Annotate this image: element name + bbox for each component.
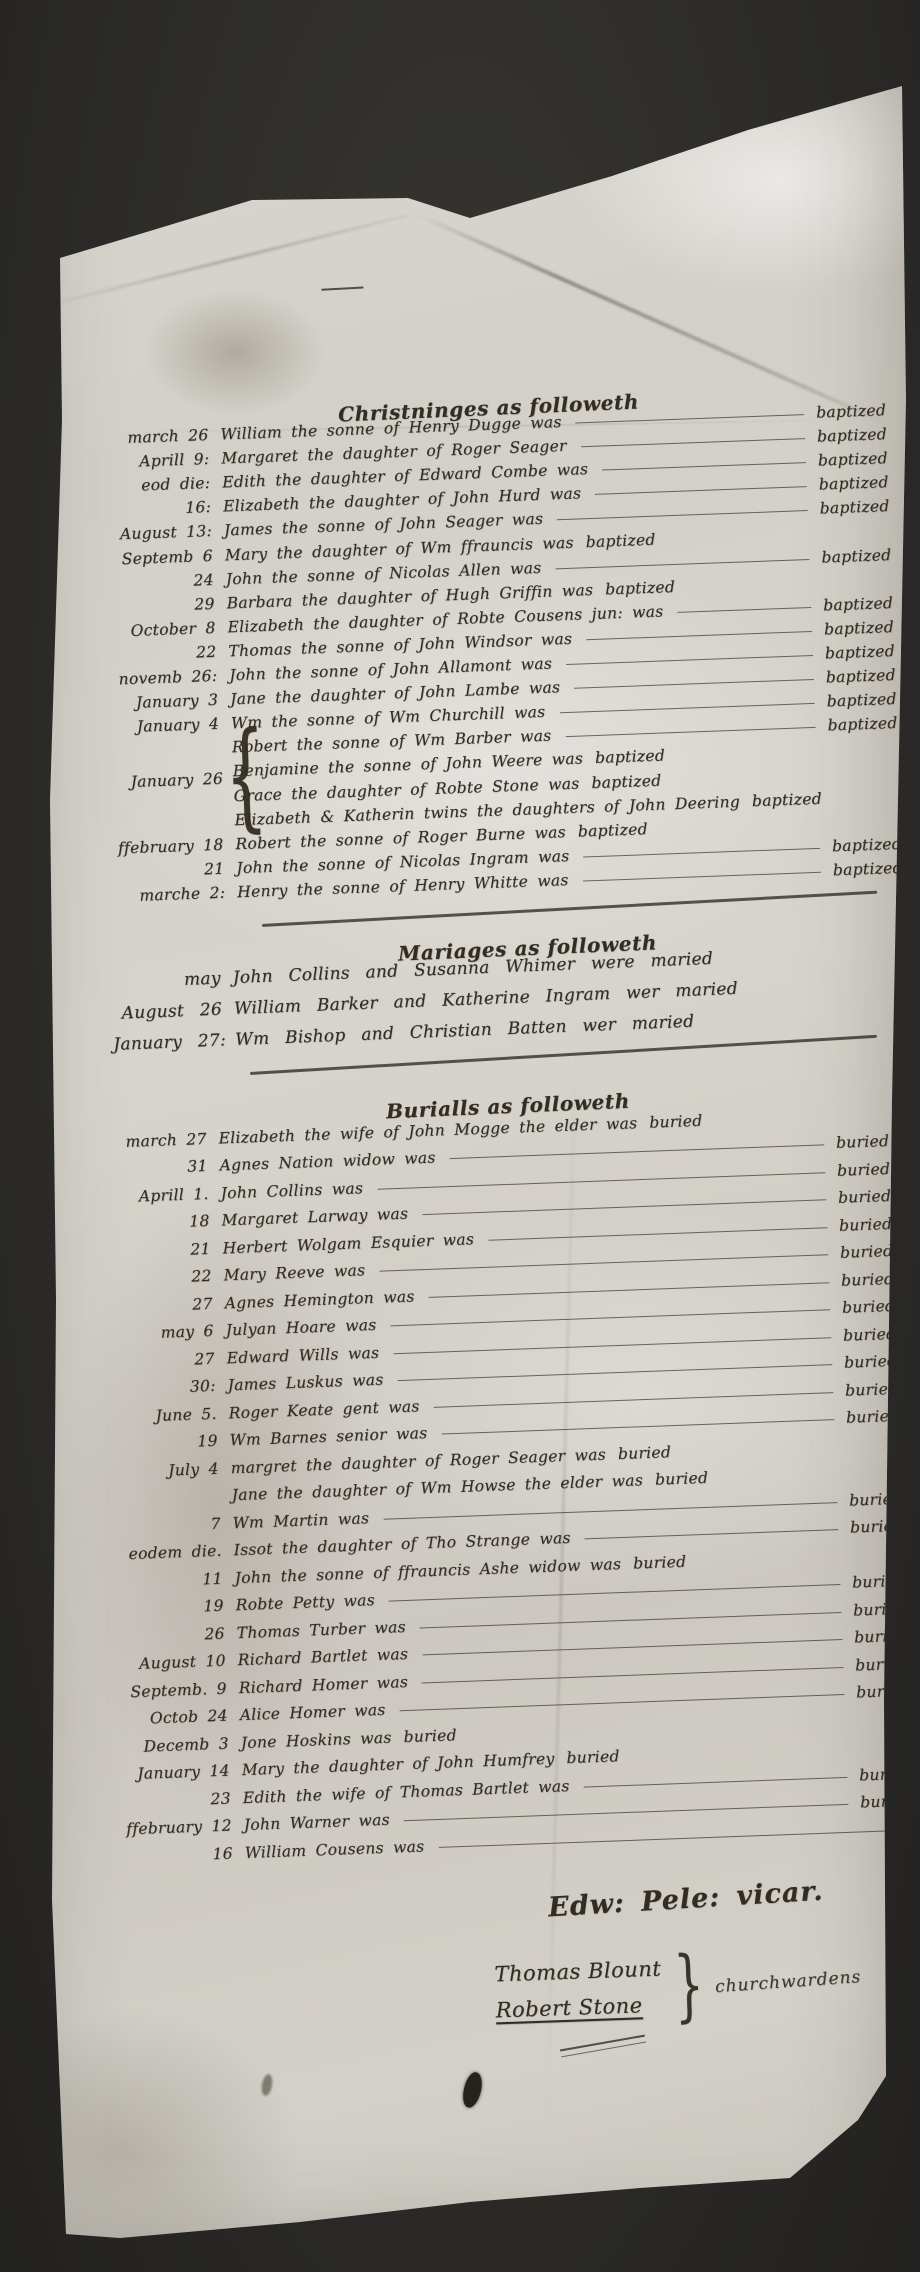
entry-result: buried: [839, 1214, 893, 1234]
entry-result: baptized: [591, 771, 662, 792]
entry-dash-line: [583, 848, 820, 858]
entry-dash-line: [602, 462, 806, 470]
entry-result: buried: [856, 1682, 910, 1702]
entry-result: baptized: [752, 789, 823, 810]
entry-result: buried: [618, 1443, 672, 1463]
entry-result: baptized: [819, 498, 890, 519]
entry-result: buried: [655, 1469, 709, 1489]
entry-result: baptized: [818, 473, 889, 494]
entry-result: baptized: [824, 618, 895, 639]
entry-result: buried: [566, 1747, 620, 1767]
entry-result: buried: [859, 1764, 913, 1784]
churchwardens-label: churchwardens: [715, 1967, 862, 1997]
entry-result: buried: [853, 1599, 907, 1619]
entry-dash-line: [586, 631, 812, 640]
entry-result: baptized: [585, 530, 656, 551]
warden-signature-2: Robert Stone: [495, 1987, 663, 2029]
entry-result: baptized: [825, 642, 896, 663]
entry-result: buried: [843, 1324, 897, 1344]
entry-result: buried: [838, 1187, 892, 1207]
entry-result: baptized: [595, 747, 666, 768]
parchment-sheet: Christninges as followeth { January 26 m…: [0, 0, 920, 2272]
entry-result: baptized: [818, 449, 889, 470]
entry-result: baptized: [826, 690, 897, 711]
entry-result: buried: [837, 1159, 891, 1179]
entry-date: Aprill 1.: [98, 1184, 221, 1206]
entry-result: buried: [845, 1379, 899, 1399]
entry-dash-line: [581, 438, 805, 447]
entry-result: baptized: [605, 578, 676, 599]
entry-result: baptized: [817, 425, 888, 446]
entry-result: buried: [836, 1132, 890, 1152]
entry-result: buried: [649, 1111, 703, 1131]
entry-date: Septemb. 9: [117, 1679, 240, 1701]
photo-background: Christninges as followeth { January 26 m…: [0, 0, 920, 2272]
entry-result: buried: [840, 1242, 894, 1262]
entry-dash-line: [576, 414, 805, 423]
entry-date: July 4: [108, 1459, 231, 1481]
entry-dash-line: [595, 486, 807, 495]
warden-names: Thomas Blount Robert Stone: [494, 1951, 663, 2029]
entry-result: buried: [855, 1654, 909, 1674]
entry-result: buried: [846, 1407, 900, 1427]
entry-result: buried: [854, 1627, 908, 1647]
entry-result: baptized: [832, 835, 903, 856]
entry-result: baptized: [578, 820, 649, 841]
christenings-list: { January 26 march 26 William the sonne …: [98, 395, 903, 905]
entry-result: baptized: [816, 401, 887, 422]
entry-result: buried: [860, 1792, 914, 1812]
entry-result: buried: [852, 1572, 906, 1592]
entry-date: Septemb 6: [103, 546, 226, 568]
entry-result: buried: [844, 1352, 898, 1372]
brace-icon: }: [673, 1949, 705, 2022]
warden-signature-1: Thomas Blount: [494, 1951, 662, 1993]
entry-result: buried: [849, 1489, 903, 1509]
entry-result: buried: [850, 1517, 904, 1537]
entry-result: buried: [842, 1297, 896, 1317]
entry-dash-line: [583, 872, 821, 882]
entry-result: baptized: [821, 546, 892, 567]
entry-date: June 5.: [106, 1404, 229, 1426]
group-brace-icon: {: [223, 724, 268, 825]
entry-result: baptized: [827, 714, 898, 735]
entry-result: baptized: [833, 859, 904, 880]
entry-result: baptized: [823, 594, 894, 615]
churchwardens-signature-block: Thomas Blount Robert Stone } churchwarde…: [494, 1944, 863, 2029]
entry-result: baptized: [826, 666, 897, 687]
burials-list: march 27 Elizabeth the wife of John Mogg…: [96, 1095, 915, 1866]
entry-result: buried: [633, 1552, 687, 1572]
entry-result: buried: [403, 1726, 457, 1746]
entry-result: buried: [841, 1269, 895, 1289]
entry-dash-line: [677, 607, 811, 613]
